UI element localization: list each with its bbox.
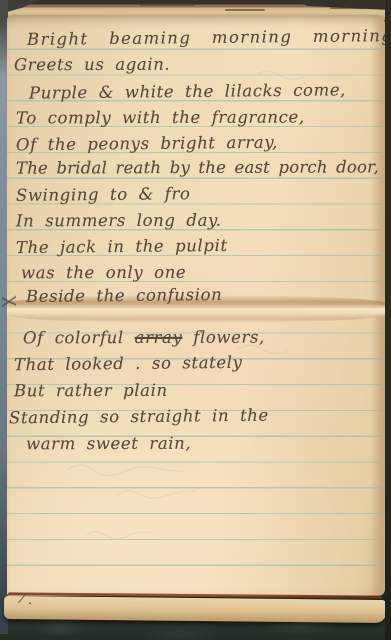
handwritten-poem: Bright beaming morning morningGreets us … bbox=[0, 0, 391, 640]
pen-margin-mark: / . bbox=[19, 591, 34, 608]
poem-line: Bright beaming morning morning bbox=[27, 28, 391, 48]
poem-line: The jack in the pulpit bbox=[16, 238, 228, 257]
right-cover-edge bbox=[385, 0, 391, 640]
poem-line: That looked . so stately bbox=[14, 355, 243, 374]
poem-line: Swinging to & fro bbox=[16, 186, 191, 204]
poem-line: The bridal reath by the east porch door, bbox=[16, 159, 379, 177]
poem-line: was the only one bbox=[21, 265, 186, 282]
poem-line: Of the peonys bright array, bbox=[16, 135, 278, 154]
poem-line: Purple & white the lilacks come, bbox=[29, 82, 346, 102]
poem-line: Beside the confusion bbox=[26, 287, 222, 306]
poem-line: Greets us again. bbox=[14, 57, 170, 74]
poem-line: Of colorful array flowers, bbox=[23, 330, 265, 347]
poem-line: In summers long day. bbox=[16, 213, 222, 230]
poem-line: Standing so straight in the bbox=[9, 408, 269, 427]
poem-line: But rather plain bbox=[14, 383, 168, 400]
notebook-photo: Bright beaming morning morningGreets us … bbox=[0, 0, 391, 640]
struck-word: array bbox=[135, 328, 183, 347]
poem-line: To comply with the fragrance, bbox=[16, 109, 305, 127]
poem-line: warm sweet rain, bbox=[26, 436, 191, 453]
underlying-page-edge bbox=[4, 596, 386, 623]
